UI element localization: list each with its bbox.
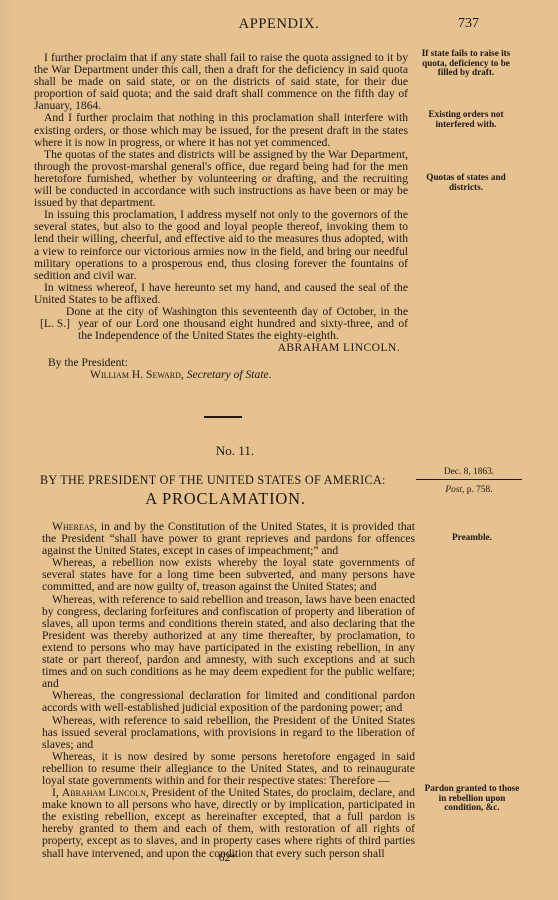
- countersignature: William H. Seward, Secretary of State.: [34, 369, 408, 381]
- margin-note-draft: If state fails to raise its quota, defic…: [414, 49, 518, 78]
- paragraph-whereas-proclamations: Whereas, with reference to said rebellio…: [42, 715, 415, 751]
- running-head: APPENDIX. 737: [0, 16, 558, 36]
- margin-note-preamble: Preamble.: [420, 533, 524, 543]
- paragraph-draft-deficiency: I further proclaim that if any state sha…: [34, 52, 408, 112]
- signature-lincoln: ABRAHAM LINCOLN.: [34, 342, 408, 354]
- post-page: p. 758.: [464, 485, 492, 495]
- signature-mark: 62*: [0, 851, 455, 864]
- paragraph-quotas: The quotas of the states and districts w…: [34, 149, 408, 209]
- lincoln-smallcaps: Abraham Lincoln,: [62, 786, 149, 799]
- proclamation-body: Whereas, in and by the Constitution of t…: [42, 521, 415, 860]
- paragraph-address: In issuing this proclamation, I address …: [34, 209, 408, 282]
- paragraph-whereas-rebellion: Whereas, a rebellion now exists whereby …: [42, 557, 415, 593]
- whereas-smallcaps: Whereas,: [52, 520, 97, 533]
- proclamation-title: A PROCLAMATION.: [0, 489, 451, 509]
- book-page: APPENDIX. 737 I further proclaim that if…: [0, 0, 558, 900]
- done-at-text: Done at the city of Washington this seve…: [78, 306, 408, 342]
- proclamation-continuation: I further proclaim that if any state sha…: [34, 52, 408, 382]
- margin-note-pardon: Pardon granted to those in rebellion upo…: [420, 784, 524, 813]
- paragraph-whereas-laws: Whereas, with reference to said rebellio…: [42, 594, 415, 691]
- countersign-name: William H. Seward,: [90, 368, 184, 381]
- document-number: No. 11.: [0, 443, 470, 459]
- section-divider: [204, 416, 242, 418]
- paragraph-whereas-allegiance: Whereas, it is now desired by some perso…: [42, 751, 415, 787]
- proclamation-heading: BY THE PRESIDENT OF THE UNITED STATES OF…: [40, 473, 386, 488]
- paragraph-witness: In witness whereof, I have hereunto set …: [34, 282, 408, 306]
- seal-mark: [L. S.]: [40, 318, 70, 330]
- page-number: 737: [458, 16, 479, 32]
- margin-note-existing-orders: Existing orders not interfered with.: [414, 110, 518, 129]
- date-note: Dec. 8, 1863.: [416, 467, 522, 480]
- margin-note-quotas: Quotas of states and districts.: [414, 173, 518, 192]
- paragraph-pardon: I, Abraham Lincoln, President of the Uni…: [42, 787, 415, 860]
- paragraph-whereas-constitution: Whereas, in and by the Constitution of t…: [42, 521, 415, 557]
- paragraph-existing-orders: And I further proclaim that nothing in t…: [34, 112, 408, 148]
- countersign-title: Secretary of State.: [187, 368, 272, 381]
- paragraph-whereas-declaration: Whereas, the congressional declaration f…: [42, 690, 415, 714]
- done-at-block: [L. S.] Done at the city of Washington t…: [34, 306, 408, 342]
